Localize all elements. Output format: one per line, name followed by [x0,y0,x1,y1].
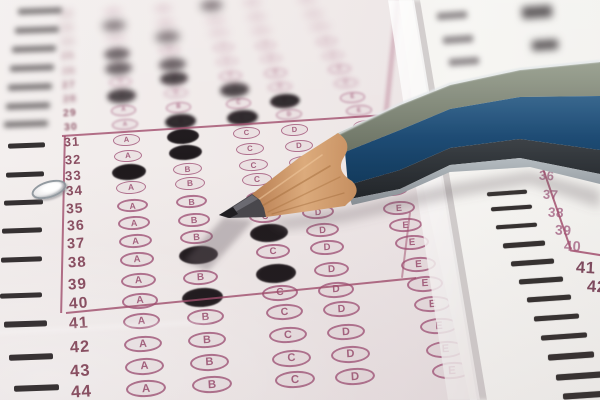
pencil [0,0,600,400]
photo-scantron-scene: 36373839404142 22ABCDE23ABCDE24ABCDE25AB… [0,0,600,400]
pencil-tip-shadow [184,217,254,271]
